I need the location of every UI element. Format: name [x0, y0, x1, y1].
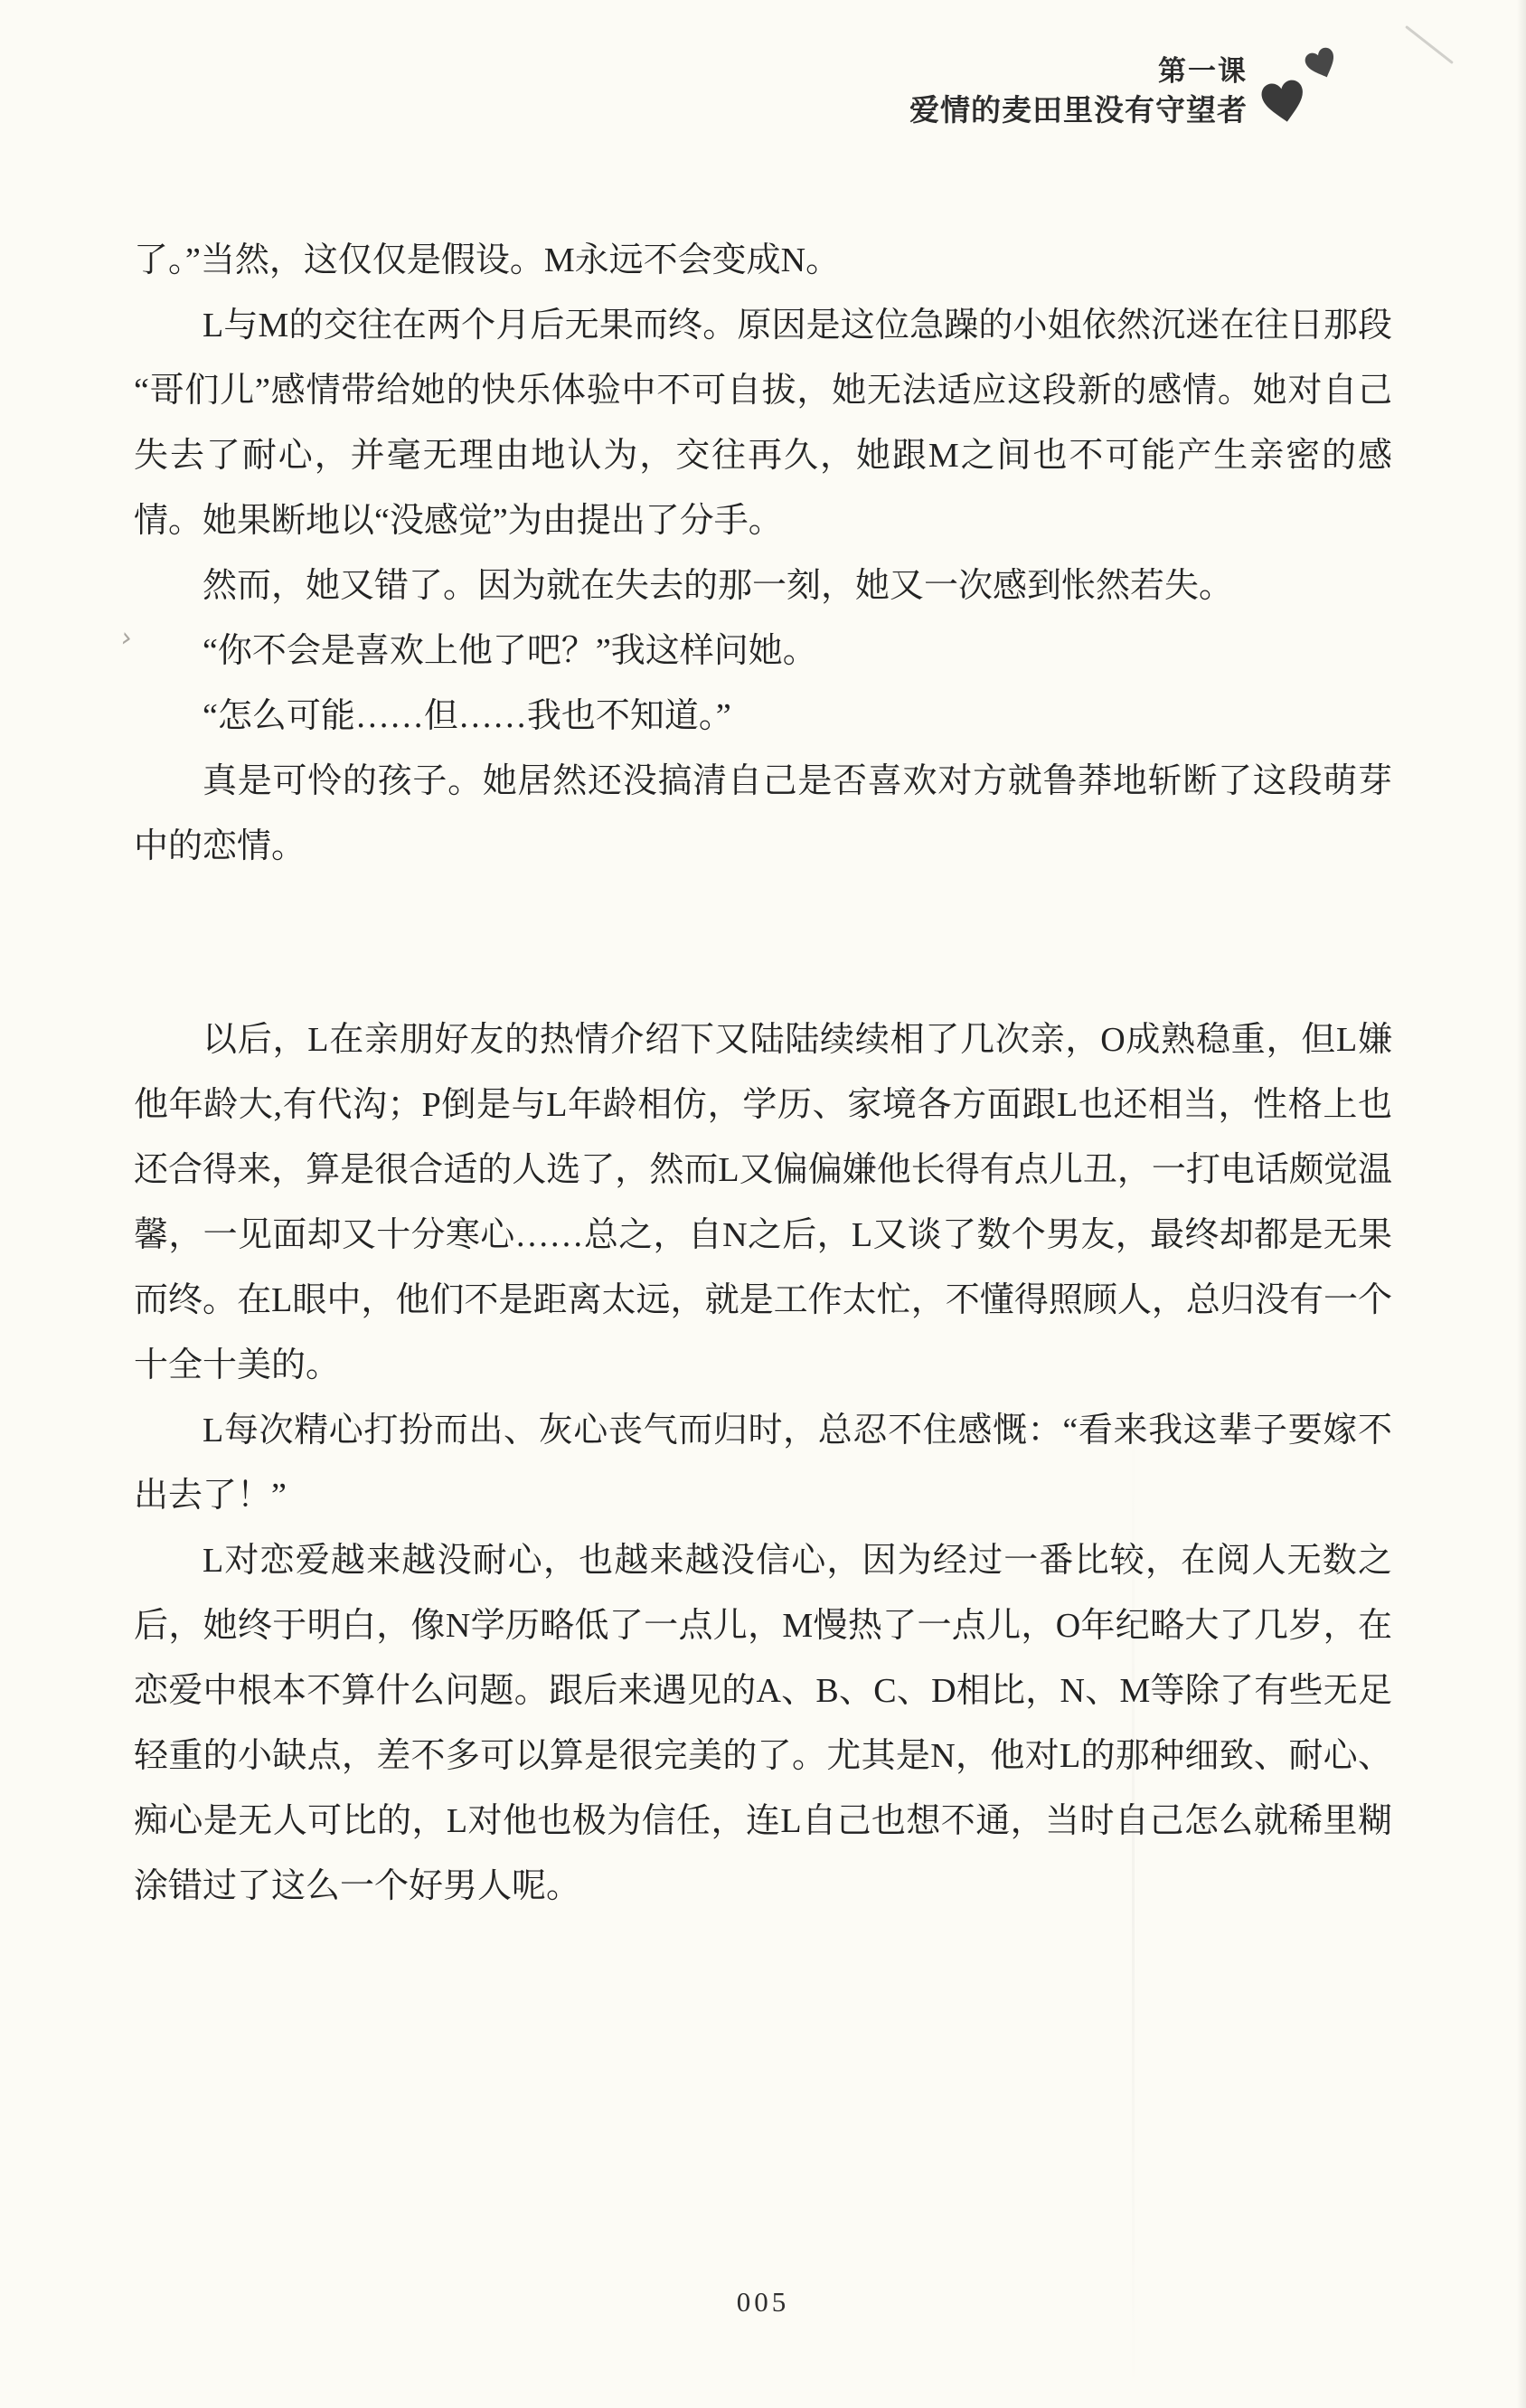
paragraph: 了。”当然，这仅仅是假设。M永远不会变成N。 [134, 228, 1392, 293]
paragraph: L每次精心打扮而出、灰心丧气而归时，总忍不住感慨：“看来我这辈子要嫁不出去了！” [134, 1398, 1392, 1528]
paragraph: 以后，L在亲朋好友的热情介绍下又陆陆续续相了几次亲，O成熟稳重，但L嫌他年龄大,… [134, 1007, 1392, 1398]
book-page: 第一课 爱情的麦田里没有守望者 了。”当然，这仅仅是假设。M永远不会变成N。L与… [0, 0, 1526, 2408]
scan-vertical-crease [1132, 1411, 1135, 2405]
paragraph: “怎么可能……但……我也不知道。” [134, 684, 1392, 749]
paragraph: 真是可怜的孩子。她居然还没搞清自己是否喜欢对方就鲁莽地斩断了这段萌芽中的恋情。 [134, 749, 1392, 879]
paragraph: 然而，她又错了。因为就在失去的那一刻，她又一次感到怅然若失。 [134, 553, 1392, 619]
page-number: 005 [0, 2286, 1526, 2318]
lesson-label: 第一课 [909, 54, 1248, 90]
scan-corner-crease [1405, 25, 1454, 64]
scan-margin-mark: › [119, 621, 135, 654]
page-edge-shadow [1517, 0, 1526, 2408]
heart-icon-large [1255, 74, 1314, 131]
chapter-title: 爱情的麦田里没有守望者 [909, 93, 1248, 130]
paragraph: L与M的交往在两个月后无果而终。原因是这位急躁的小姐依然沉迷在往日那段“哥们儿”… [134, 293, 1392, 553]
body-text: 了。”当然，这仅仅是假设。M永远不会变成N。L与M的交往在两个月后无果而终。原因… [134, 228, 1392, 1919]
paragraph: L对恋爱越来越没耐心，也越来越没信心，因为经过一番比较，在阅人无数之后，她终于明… [134, 1528, 1392, 1919]
paragraph: “你不会是喜欢上他了吧？”我这样问她。 [134, 619, 1392, 684]
page-header: 第一课 爱情的麦田里没有守望者 [909, 54, 1248, 130]
